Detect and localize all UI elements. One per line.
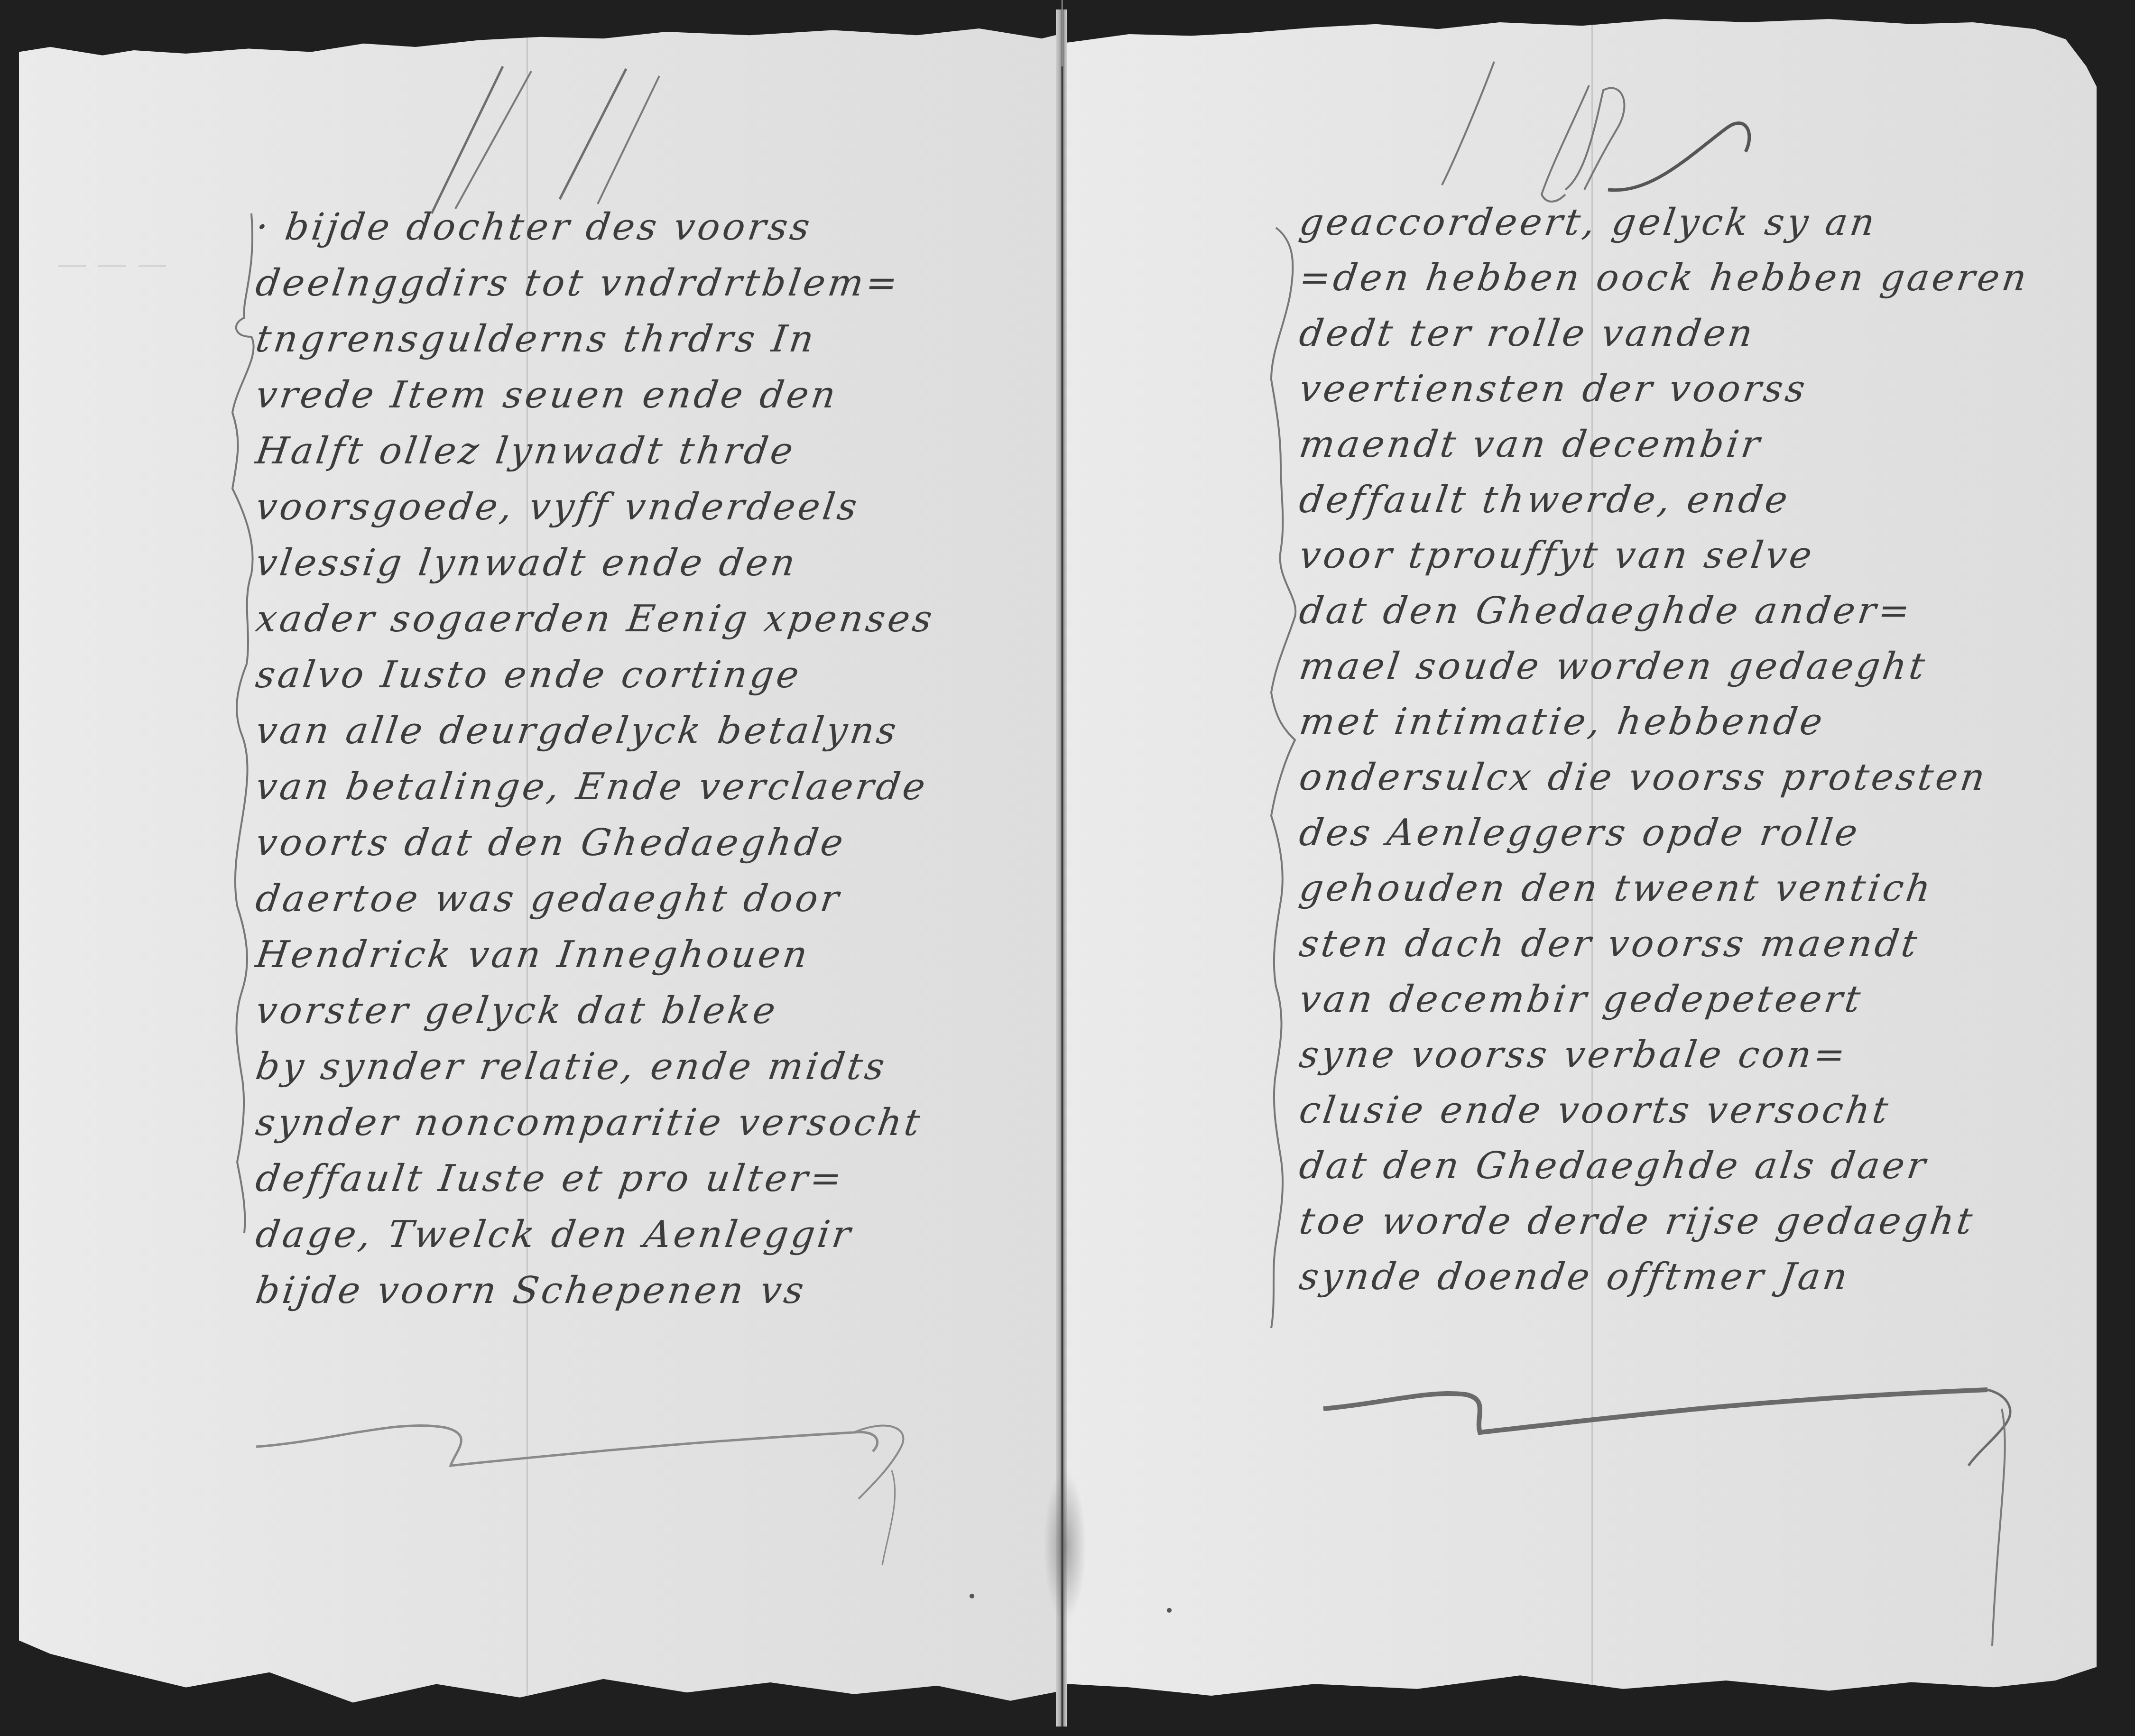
manuscript-line: veertiensten der voorss: [1297, 370, 1810, 407]
left-closing-paraph: [256, 1413, 1015, 1603]
manuscript-line: voor tprouffyt van selve: [1297, 537, 1817, 574]
manuscript-line: vorster gelyck dat bleke: [254, 992, 781, 1029]
gutter-damage: [1044, 1470, 1086, 1622]
right-header-strokes: [1385, 62, 2002, 204]
manuscript-line: by synder relatie, ende midts: [254, 1048, 890, 1085]
ink-speck: [970, 1594, 974, 1598]
manuscript-line: ondersulcx die voorss protesten: [1297, 759, 1990, 796]
manuscript-line: sten dach der voorss maendt: [1297, 925, 1922, 962]
left-header-strokes: [332, 57, 854, 190]
manuscript-line: · bijde dochter des voorss: [254, 209, 815, 246]
manuscript-line: dat den Ghedaeghde als daer: [1297, 1147, 1931, 1184]
manuscript-line: met intimatie, hebbende: [1297, 703, 1828, 740]
manuscript-line: clusie ende voorts versocht: [1297, 1092, 1893, 1129]
manuscript-line: deelnggdirs tot vndrdrtblem=: [254, 265, 903, 302]
manuscript-line: xader sogaerden Eenig xpenses: [254, 600, 937, 637]
manuscript-line: maendt van decembir: [1297, 426, 1765, 463]
manuscript-line: dedt ter rolle vanden: [1297, 315, 1758, 352]
manuscript-line: salvo Iusto ende cortinge: [254, 656, 804, 693]
manuscript-line: bijde voorn Schepenen vs: [254, 1272, 809, 1309]
binding-thread: [1062, 0, 1063, 66]
manuscript-line: mael soude worden gedaeght: [1297, 648, 1930, 685]
manuscript-line: dage, Twelck den Aenleggir: [254, 1216, 856, 1253]
manuscript-line: toe worde derde rijse gedaeght: [1297, 1203, 1978, 1240]
manuscript-line: voorts dat den Ghedaeghde: [254, 824, 849, 861]
manuscript-line: gehouden den tweent ventich: [1297, 870, 1936, 907]
manuscript-line: =den hebben oock hebben gaeren: [1297, 259, 2032, 296]
manuscript-line: van betalinge, Ende verclaerde: [254, 768, 931, 805]
manuscript-line: vlessig lynwadt ende den: [254, 545, 800, 582]
manuscript-line: van decembir gedepeteert: [1297, 981, 1866, 1018]
manuscript-line: geaccordeert, gelyck sy an: [1297, 204, 1880, 241]
manuscript-line: Halft ollez lynwadt thrde: [254, 433, 798, 470]
ink-speck: [1167, 1608, 1172, 1613]
manuscript-line: Hendrick van Inneghouen: [254, 936, 813, 973]
manuscript-line: daertoe was gedaeght door: [254, 880, 844, 917]
manuscript-line: synder noncomparitie versocht: [254, 1104, 925, 1141]
manuscript-line: deffault Iuste et pro ulter=: [254, 1160, 847, 1197]
manuscript-line: voorsgoede, vyff vnderdeels: [254, 489, 862, 526]
right-page-text: geaccordeert, gelyck sy an =den hebben o…: [1300, 204, 2082, 1437]
right-closing-paraph: [1323, 1380, 2082, 1665]
manuscript-line: deffault thwerde, ende: [1297, 481, 1793, 518]
manuscript-line: syne voorss verbale con=: [1297, 1036, 1850, 1073]
book-gutter: [1056, 9, 1067, 1727]
bleed-through-text: — — —: [57, 247, 167, 282]
manuscript-line: des Aenleggers opde rolle: [1297, 814, 1863, 851]
left-page-text: · bijde dochter des voorss deelnggdirs t…: [256, 209, 1053, 1489]
manuscript-line: van alle deurgdelyck betalyns: [254, 712, 902, 749]
manuscript-line: vrede Item seuen ende den: [254, 377, 841, 414]
manuscript-line: synde doende offtmer Jan: [1297, 1258, 1853, 1295]
manuscript-line: tngrensgulderns thrdrs In: [254, 321, 819, 358]
manuscript-line: dat den Ghedaeghde ander=: [1297, 592, 1915, 629]
